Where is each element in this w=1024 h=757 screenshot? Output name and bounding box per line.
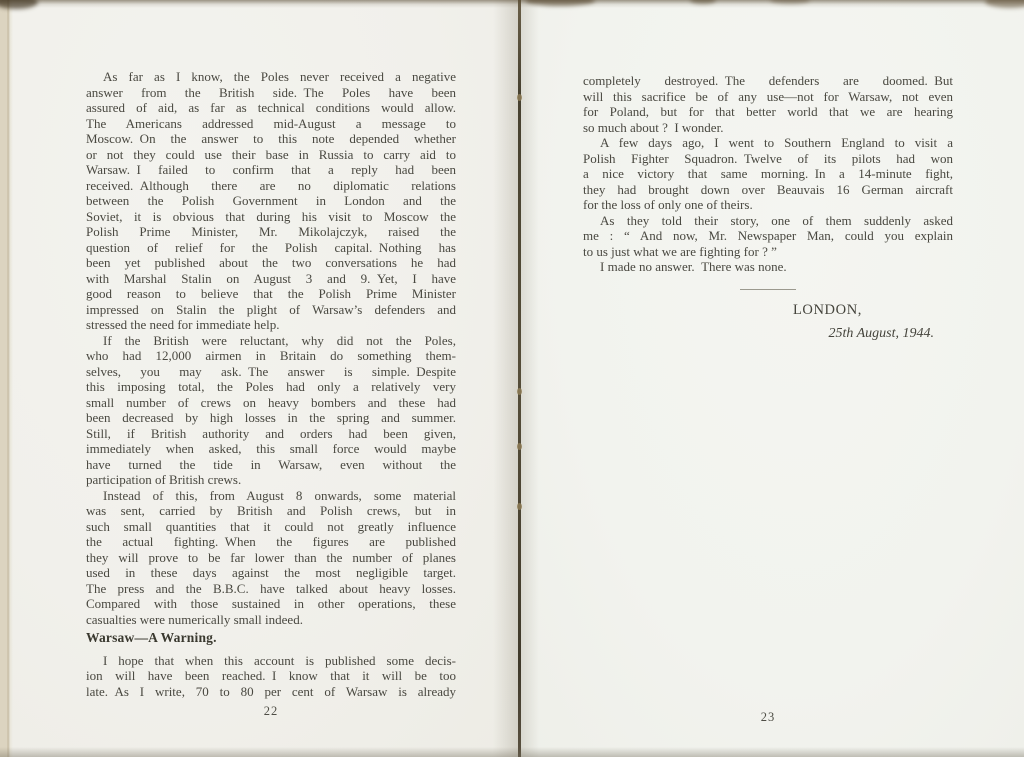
binding-stitch [517,388,522,395]
text-line: Polish Prime Minister, Mr. Mikolajczyk, … [86,224,456,240]
text-line: immediately when asked, this small force… [86,441,456,457]
text-line: The press and the B.B.C. have talked abo… [86,581,456,597]
text-line: been yet published about the two convers… [86,255,456,271]
text-line: who had 12,000 airmen in Britain do some… [86,348,456,364]
text-line: such small quantities that it could not … [86,519,456,535]
binding-stitch [517,443,522,450]
paragraph: If the British were reluctant, why did n… [86,333,456,488]
paragraph: As they told their story, one of them su… [583,213,953,260]
text-line: impressed on Stalin the plight of Warsaw… [86,302,456,318]
text-line: assured of aid, as far as technical cond… [86,100,456,116]
binding-stitch [517,503,522,510]
text-line: with Marshal Stalin on August 3 and 9. Y… [86,271,456,287]
text-line: As they told their story, one of them su… [583,213,953,229]
paragraph: A few days ago, I went to Southern Engla… [583,135,953,213]
text-line: Compared with those sustained in other o… [86,596,456,612]
text-line: Polish Fighter Squadron. Twelve of its p… [583,151,953,167]
text-line: Still, if British authority and orders h… [86,426,456,442]
page-number-right: 23 [583,710,953,725]
text-line: so much about ? I wonder. [583,120,953,136]
page-number-left: 22 [86,704,456,719]
text-line: A few days ago, I went to Southern Engla… [583,135,953,151]
text-line: a nice victory that same morning. In a 1… [583,166,953,182]
text-line: Soviet, it is obvious that during his vi… [86,209,456,225]
right-page: completely destroyed. The defenders are … [521,0,1024,757]
page-edge-top [0,0,1024,8]
text-line: I hope that when this account is publish… [86,653,456,669]
text-line: late. As I write, 70 to 80 per cent of W… [86,684,456,700]
text-line: As far as I know, the Poles never receiv… [86,69,456,85]
text-line: good reason to believe that the Polish P… [86,286,456,302]
section-heading: Warsaw—A Warning. [86,630,456,646]
text-line: small number of crews on heavy bombers a… [86,395,456,411]
section-divider-rule [740,289,796,290]
page-edge-bottom [0,747,1024,757]
signoff-place: LONDON, [583,302,953,319]
paragraph: As far as I know, the Poles never receiv… [86,69,456,333]
text-line: me : “ And now, Mr. Newspaper Man, could… [583,228,953,244]
text-line: they had brought down over Beauvais 16 G… [583,182,953,198]
left-page-text: As far as I know, the Poles never receiv… [86,69,456,699]
text-line: stressed the need for immediate help. [86,317,456,333]
text-line: the actual fighting. When the figures ar… [86,534,456,550]
text-line: casualties were numerically small indeed… [86,612,456,628]
text-line: for the loss of only one of theirs. [583,197,953,213]
text-line: selves, you may ask. The answer is simpl… [86,364,456,380]
text-line: to us just what we are fighting for ? ” [583,244,953,260]
text-line: been decreased by high losses in the spr… [86,410,456,426]
paragraph: completely destroyed. The defenders are … [583,73,953,135]
text-line: completely destroyed. The defenders are … [583,73,953,89]
left-page: As far as I know, the Poles never receiv… [0,0,521,757]
text-line: ion will have been reached. I know that … [86,668,456,684]
text-line: Warsaw. I failed to confirm that a reply… [86,162,456,178]
right-page-text: completely destroyed. The defenders are … [583,73,953,275]
text-line: Moscow. On the answer to this note depen… [86,131,456,147]
text-line: will this sacrifice be of any use—not fo… [583,89,953,105]
text-line: received. Although there are no diplomat… [86,178,456,194]
text-line: participation of British crews. [86,472,456,488]
text-line: or not they could use their base in Russ… [86,147,456,163]
text-line: they will prove to be far lower than the… [86,550,456,566]
paragraph: Instead of this, from August 8 onwards, … [86,488,456,628]
text-line: was sent, carried by British and Polish … [86,503,456,519]
signoff-block: LONDON, 25th August, 1944. [583,302,953,342]
text-line: answer from the British side. The Poles … [86,85,456,101]
text-line: used in these days against the most negl… [86,565,456,581]
text-line: have turned the tide in Warsaw, even wit… [86,457,456,473]
signoff-date: 25th August, 1944. [583,326,953,342]
binding-stitch [517,94,522,101]
text-line: Instead of this, from August 8 onwards, … [86,488,456,504]
paragraph: I made no answer. There was none. [583,259,953,275]
book-spine-gutter [518,0,521,757]
text-line: If the British were reluctant, why did n… [86,333,456,349]
text-line: for Poland, but for that better world th… [583,104,953,120]
text-line: The Americans addressed mid-August a mes… [86,116,456,132]
text-line: this imposing total, the Poles had only … [86,379,456,395]
text-line: I made no answer. There was none. [583,259,953,275]
book-spread: As far as I know, the Poles never receiv… [0,0,1024,757]
text-line: between the Polish Government in London … [86,193,456,209]
paragraph: I hope that when this account is publish… [86,653,456,700]
text-line: question of relief for the Polish capita… [86,240,456,256]
page-edge-left [0,0,13,757]
